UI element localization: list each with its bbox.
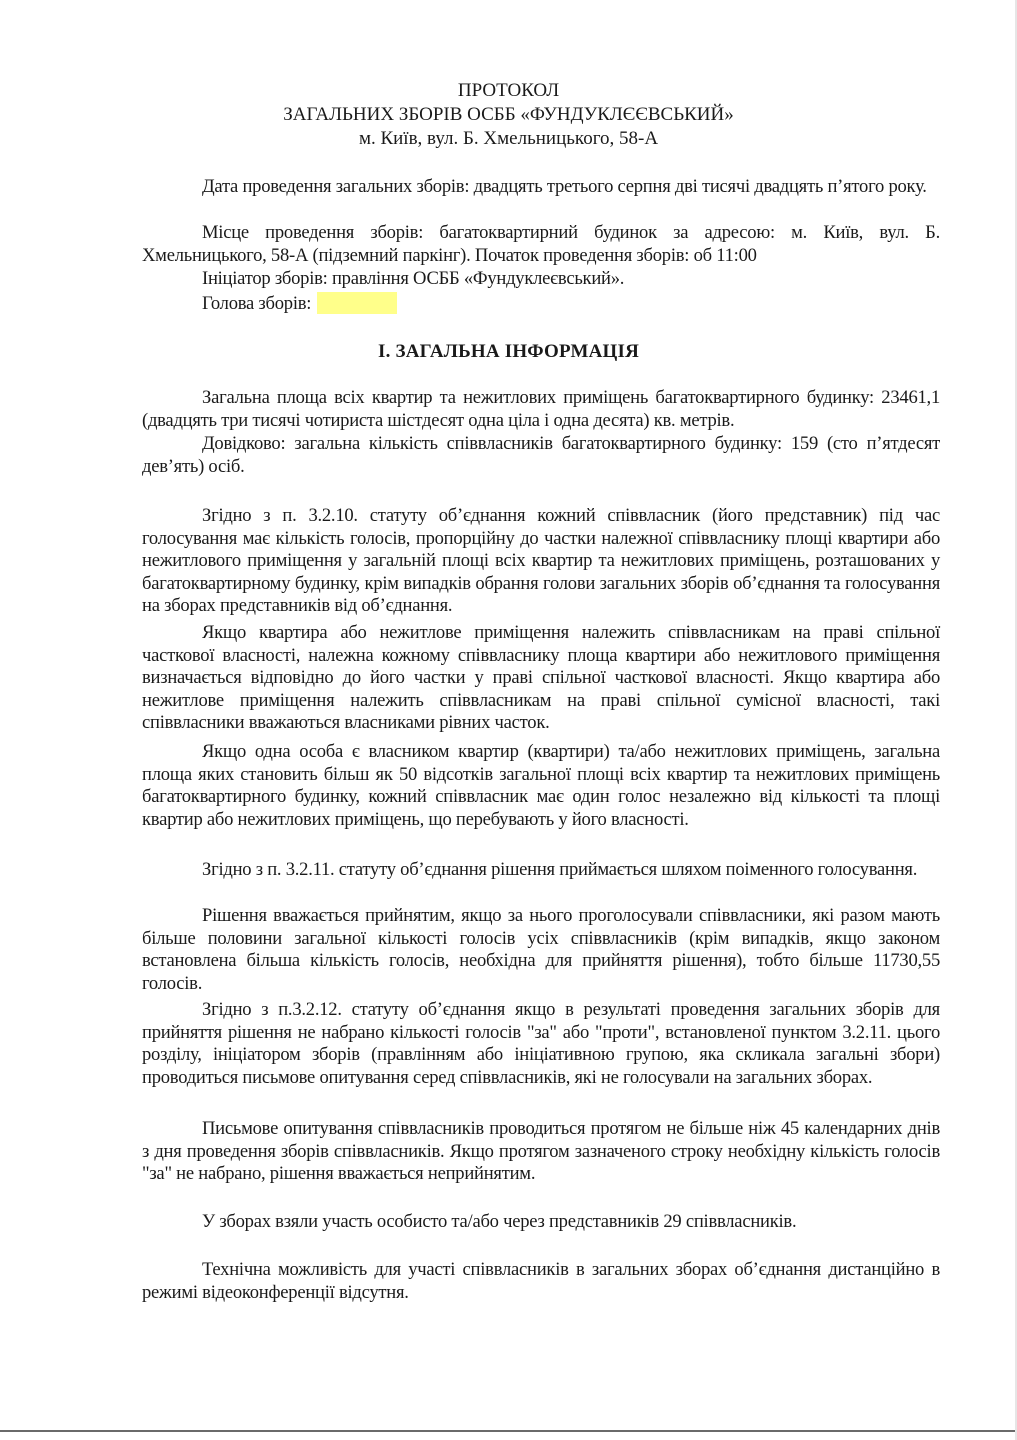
document-address: м. Київ, вул. Б. Хмельницького, 58-А	[0, 128, 1017, 150]
paragraph-written-survey: Письмове опитування співвласників провод…	[142, 1118, 940, 1186]
paragraph-decision-threshold: Рішення вважається прийнятим, якщо за нь…	[142, 905, 940, 995]
scan-bottom-edge	[0, 1430, 1017, 1432]
paragraph-majority-owner: Якщо одна особа є власником квартир (ква…	[142, 741, 940, 831]
section-heading: І. ЗАГАЛЬНА ІНФОРМАЦІЯ	[0, 341, 1017, 363]
paragraph-voting-rule-3-2-10: Згідно з п. 3.2.10. статуту об’єднання к…	[142, 505, 940, 618]
paragraph-joint-ownership: Якщо квартира або нежитлове приміщення н…	[142, 622, 940, 735]
document-title: ПРОТОКОЛ	[0, 80, 1017, 102]
meeting-place: Місце проведення зборів: багатоквартирни…	[142, 222, 940, 267]
paragraph-rule-3-2-11: Згідно з п. 3.2.11. статуту об’єднання р…	[142, 859, 940, 882]
paragraph-rule-3-2-12: Згідно з п.3.2.12. статуту об’єднання як…	[142, 999, 940, 1089]
paragraph-participants: У зборах взяли участь особисто та/або че…	[142, 1211, 940, 1234]
chair-redacted-highlight	[317, 292, 397, 314]
paragraph-total-area: Загальна площа всіх квартир та нежитлови…	[142, 387, 940, 432]
meeting-initiator: Ініціатор зборів: правління ОСББ «Фундук…	[142, 268, 940, 291]
document-page: ПРОТОКОЛ ЗАГАЛЬНИХ ЗБОРІВ ОСББ «ФУНДУКЛЄ…	[0, 0, 1017, 1440]
meeting-date: Дата проведення загальних зборів: двадця…	[142, 176, 940, 199]
meeting-chair: Голова зборів:	[142, 292, 940, 316]
document-subtitle: ЗАГАЛЬНИХ ЗБОРІВ ОСББ «ФУНДУКЛЄЄВСЬКИЙ»	[0, 104, 1017, 126]
paragraph-remote-participation: Технічна можливість для участі співвласн…	[142, 1259, 940, 1304]
paragraph-owner-count: Довідково: загальна кількість співвласни…	[142, 433, 940, 478]
chair-label: Голова зборів:	[202, 293, 311, 314]
